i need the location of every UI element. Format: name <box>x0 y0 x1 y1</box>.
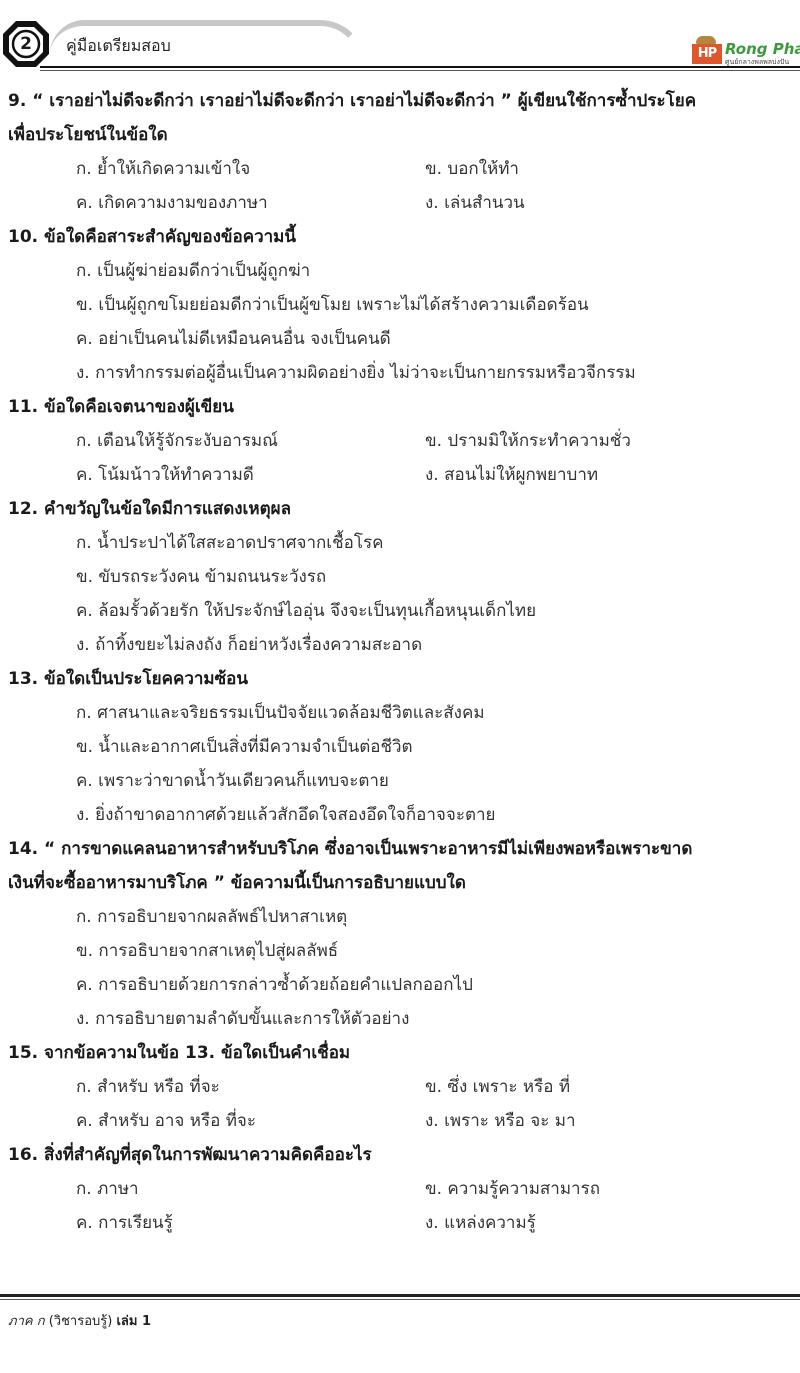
question-text: 13. ข้อใดเป็นประโยคความซ้อน <box>8 662 798 696</box>
option-c: ค. การอธิบายด้วยการกล่าวซ้ำด้วยถ้อยคำแปล… <box>76 968 798 1002</box>
option-a: ก. ศาสนาและจริยธรรมเป็นปัจจัยแวดล้อมชีวิ… <box>76 696 798 730</box>
option-a: ก. ภาษา <box>76 1172 425 1206</box>
footer-volume: เล่ม 1 <box>116 1314 151 1329</box>
option-d: ง. เล่นสำนวน <box>425 186 774 220</box>
option-b: ข. ความรู้ความสามารถ <box>425 1172 774 1206</box>
option-d: ง. เพราะ หรือ จะ มา <box>425 1104 774 1138</box>
option-a: ก. เตือนให้รู้จักระงับอารมณ์ <box>76 424 425 458</box>
option-d: ง. ยิ่งถ้าขาดอากาศด้วยแล้วสักอึดใจสองอึด… <box>76 798 798 832</box>
option-c: ค. สำหรับ อาจ หรือ ที่จะ <box>76 1104 425 1138</box>
question-text: 9. “ เราอย่าไม่ดีจะดีกว่า เราอย่าไม่ดีจะ… <box>8 84 798 118</box>
option-a: ก. ย้ำให้เกิดความเข้าใจ <box>76 152 425 186</box>
option-b: ข. ซึ่ง เพราะ หรือ ที่ <box>425 1070 774 1104</box>
header-divider <box>40 66 800 68</box>
option-d: ง. การทำกรรมต่อผู้อื่นเป็นความผิดอย่างยิ… <box>76 356 798 390</box>
page-footer: ภาค ก (วิชารอบรู้) เล่ม 1 <box>8 1310 151 1331</box>
page-number: 2 <box>2 20 50 68</box>
option-c: ค. เพราะว่าขาดน้ำวันเดียวคนก็แทบจะตาย <box>76 764 798 798</box>
option-d: ง. สอนไม่ให้ผูกพยาบาท <box>425 458 774 492</box>
footer-divider-thin <box>0 1299 800 1300</box>
question-13: 13. ข้อใดเป็นประโยคความซ้อน ก. ศาสนาและจ… <box>8 662 798 832</box>
option-b: ข. น้ำและอากาศเป็นสิ่งที่มีความจำเป็นต่อ… <box>76 730 798 764</box>
option-b: ข. ปรามมิให้กระทำความชั่ว <box>425 424 774 458</box>
question-text: 15. จากข้อความในข้อ 13. ข้อใดเป็นคำเชื่อ… <box>8 1036 798 1070</box>
option-a: ก. น้ำประปาได้ใสสะอาดปราศจากเชื้อโรค <box>76 526 798 560</box>
option-b: ข. ขับรถระวังคน ข้ามถนนระวังรถ <box>76 560 798 594</box>
footer-subject: (วิชารอบรู้) <box>49 1314 113 1329</box>
option-a: ก. สำหรับ หรือ ที่จะ <box>76 1070 425 1104</box>
option-a: ก. เป็นผู้ฆ่าย่อมดีกว่าเป็นผู้ถูกฆ่า <box>76 254 798 288</box>
option-d: ง. ถ้าทิ้งขยะไม่ลงถัง ก็อย่าหวังเรื่องคว… <box>76 628 798 662</box>
option-b: ข. เป็นผู้ถูกขโมยย่อมดีกว่าเป็นผู้ขโมย เ… <box>76 288 798 322</box>
question-10: 10. ข้อใดคือสาระสำคัญของข้อความนี้ ก. เป… <box>8 220 798 390</box>
question-14: 14. “ การขาดแคลนอาหารสำหรับบริโภค ซึ่งอา… <box>8 832 798 1036</box>
option-b: ข. บอกให้ทำ <box>425 152 774 186</box>
option-d: ง. การอธิบายตามลำดับขั้นและการให้ตัวอย่า… <box>76 1002 798 1036</box>
logo-mark: HP <box>692 44 722 64</box>
question-text: 14. “ การขาดแคลนอาหารสำหรับบริโภค ซึ่งอา… <box>8 832 798 866</box>
logo-tagline: ศูนย์กลางพลพลบ่งปัน <box>725 57 789 68</box>
question-text: 16. สิ่งที่สำคัญที่สุดในการพัฒนาความคิดค… <box>8 1138 798 1172</box>
question-11: 11. ข้อใดคือเจตนาของผู้เขียน ก. เตือนให้… <box>8 390 798 492</box>
option-c: ค. เกิดความงามของภาษา <box>76 186 425 220</box>
logo-name: Rong Phai <box>725 40 800 58</box>
publisher-logo: HP Rong Phai ศูนย์กลางพลพลบ่งปัน <box>692 36 800 66</box>
option-c: ค. การเรียนรู้ <box>76 1206 425 1240</box>
option-c: ค. ล้อมรั้วด้วยรัก ให้ประจักษ์ไออุ่น จึง… <box>76 594 798 628</box>
page-header: 2 คู่มือเตรียมสอบ HP Rong Phai ศูนย์กลาง… <box>0 0 800 75</box>
footer-part: ภาค ก <box>8 1314 45 1329</box>
question-text-cont: เงินที่จะซื้ออาหารมาบริโภค ” ข้อความนี้เ… <box>8 866 798 900</box>
header-divider-thin <box>40 70 800 71</box>
question-text: 10. ข้อใดคือสาระสำคัญของข้อความนี้ <box>8 220 798 254</box>
logo-hat-icon <box>696 36 716 44</box>
question-text: 11. ข้อใดคือเจตนาของผู้เขียน <box>8 390 798 424</box>
question-16: 16. สิ่งที่สำคัญที่สุดในการพัฒนาความคิดค… <box>8 1138 798 1240</box>
question-list: 9. “ เราอย่าไม่ดีจะดีกว่า เราอย่าไม่ดีจะ… <box>8 84 798 1240</box>
question-text-cont: เพื่อประโยชน์ในข้อใด <box>8 118 798 152</box>
question-9: 9. “ เราอย่าไม่ดีจะดีกว่า เราอย่าไม่ดีจะ… <box>8 84 798 220</box>
question-15: 15. จากข้อความในข้อ 13. ข้อใดเป็นคำเชื่อ… <box>8 1036 798 1138</box>
option-c: ค. โน้มน้าวให้ทำความดี <box>76 458 425 492</box>
option-c: ค. อย่าเป็นคนไม่ดีเหมือนคนอื่น จงเป็นคนด… <box>76 322 798 356</box>
option-b: ข. การอธิบายจากสาเหตุไปสู่ผลลัพธ์ <box>76 934 798 968</box>
option-d: ง. แหล่งความรู้ <box>425 1206 774 1240</box>
header-title: คู่มือเตรียมสอบ <box>66 34 171 59</box>
question-text: 12. คำขวัญในข้อใดมีการแสดงเหตุผล <box>8 492 798 526</box>
footer-divider <box>0 1294 800 1297</box>
option-a: ก. การอธิบายจากผลลัพธ์ไปหาสาเหตุ <box>76 900 798 934</box>
question-12: 12. คำขวัญในข้อใดมีการแสดงเหตุผล ก. น้ำป… <box>8 492 798 662</box>
